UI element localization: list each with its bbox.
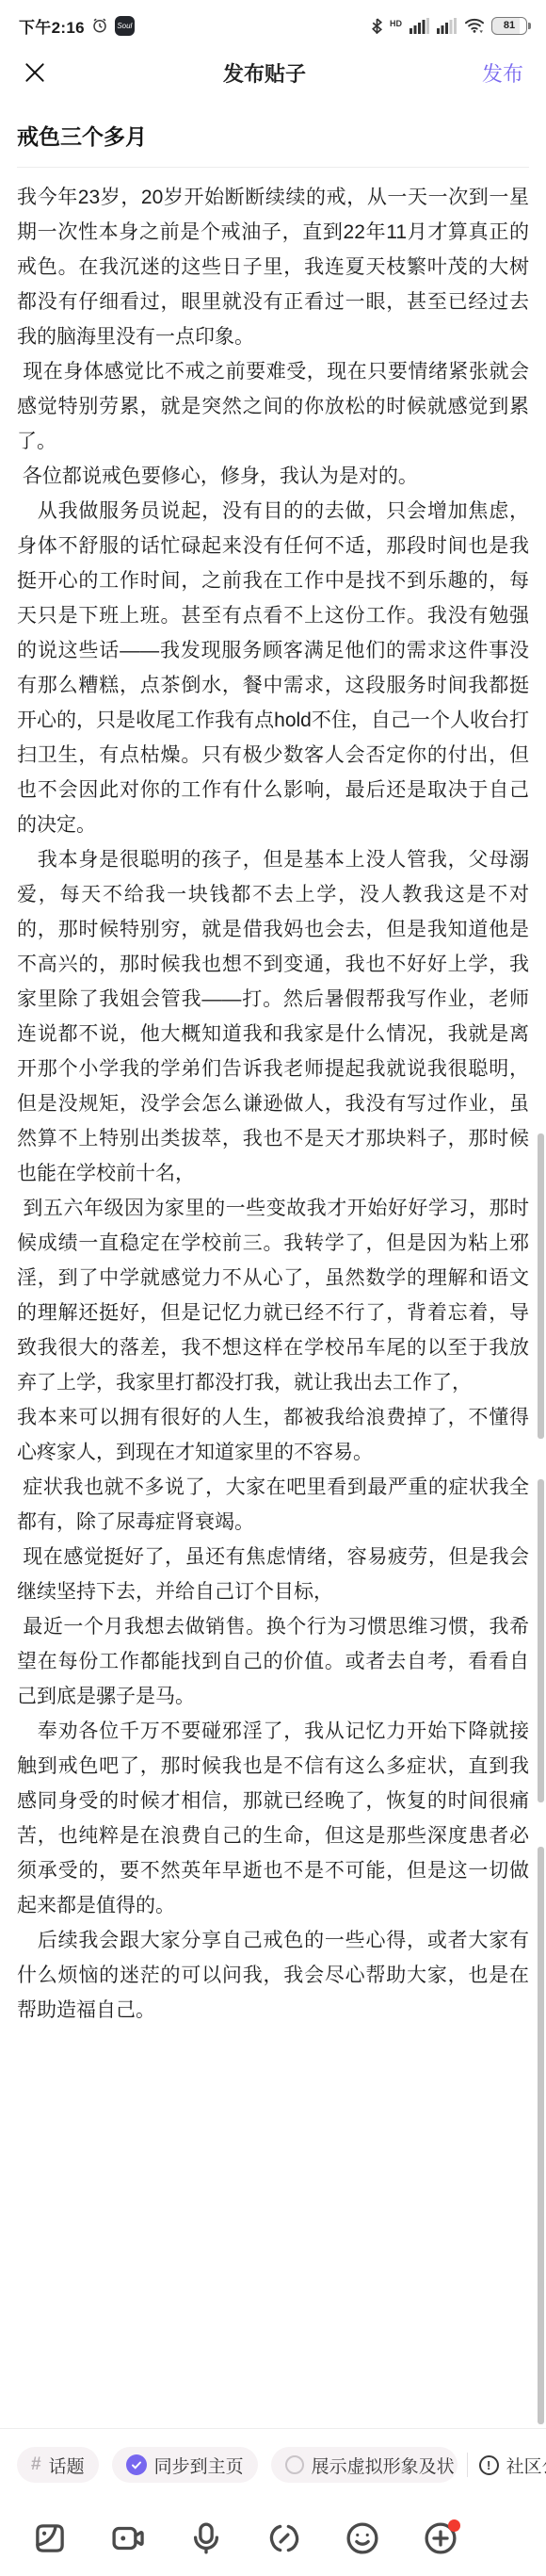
- publish-button[interactable]: 发布: [482, 58, 523, 88]
- option-pill-row: # 话题 同步到主页 展示虚拟形象及状 ! 社区公约: [0, 2429, 546, 2501]
- soul-app-icon: Soul: [115, 16, 135, 36]
- community-label: 社区公约: [506, 2453, 546, 2478]
- post-paragraph: 我今年23岁，20岁开始断断续续的戒，从一天一次到一星期一次性本身之前是个戒油子…: [17, 180, 529, 354]
- publish-post-screen: 下午2:16 Soul HD: [0, 0, 546, 2576]
- post-paragraph: 症状我也就不多说了，大家在吧里看到最严重的症状我全都有，除了尿毒症肾衰竭。: [17, 1470, 529, 1540]
- avatar-label: 展示虚拟形象及状: [312, 2453, 455, 2478]
- mic-icon[interactable]: [185, 2517, 228, 2560]
- image-icon[interactable]: [28, 2517, 72, 2560]
- signal-bars-sim1-icon: [409, 18, 430, 34]
- post-paragraph: 从我做服务员说起，没有目的的去做，只会增加焦虑，身体不舒服的话忙碌起来没有任何不…: [17, 494, 529, 842]
- post-paragraph: 到五六年级因为家里的一些变故我才开始好好学习，那时候成绩一直稳定在学校前三。我转…: [17, 1191, 529, 1400]
- post-paragraph: 最近一个月我想去做销售。换个行为习惯思维习惯，我希望在每份工作都能找到自己的价值…: [17, 1609, 529, 1714]
- unchecked-circle-icon: [285, 2455, 304, 2474]
- hashtag-icon: #: [31, 2454, 41, 2475]
- bottom-toolbar: # 话题 同步到主页 展示虚拟形象及状 ! 社区公约: [0, 2428, 546, 2576]
- nav-bar: 发布贴子 发布: [0, 45, 546, 100]
- post-paragraph: 奉劝各位千万不要碰邪淫了，我从记忆力开始下降就接触到戒色吧了，那时候我也是不信有…: [17, 1714, 529, 1923]
- emoji-icon[interactable]: [341, 2517, 384, 2560]
- post-paragraph: 我本身是很聪明的孩子，但是基本上没人管我，父母溺爱，每天不给我一块钱都不去上学，…: [17, 842, 529, 1191]
- scrollbar-thumb[interactable]: [538, 1479, 544, 1802]
- video-icon[interactable]: [106, 2517, 150, 2560]
- hd-indicator: HD: [390, 19, 402, 28]
- topic-label: 话题: [49, 2453, 85, 2478]
- wifi-icon: [464, 17, 485, 34]
- post-paragraph: 现在身体感觉比不戒之前要难受，现在只要情绪紧张就会感觉特别劳累，就是突然之间的你…: [17, 354, 529, 459]
- exclamation-circle-icon: !: [479, 2455, 499, 2475]
- post-paragraph: 各位都说戒色要修心，修身，我认为是对的。: [17, 459, 529, 494]
- post-paragraph: 我本来可以拥有很好的人生，都被我给浪费掉了，不懂得心疼家人，到现在才知道家里的不…: [17, 1400, 529, 1470]
- community-rules-link[interactable]: ! 社区公约: [479, 2453, 546, 2478]
- bluetooth-icon: [371, 18, 383, 34]
- post-paragraph: 后续我会跟大家分享自己戒色的一些心得，或者大家有什么烦恼的迷茫的可以问我，我会尽…: [17, 1923, 529, 2028]
- post-body-input[interactable]: 我今年23岁，20岁开始断断续续的戒，从一天一次到一星期一次性本身之前是个戒油子…: [0, 168, 546, 2028]
- close-icon[interactable]: [23, 60, 47, 85]
- media-icon-row: [0, 2501, 546, 2576]
- scrollbar-thumb[interactable]: [538, 1133, 544, 1439]
- page-title: 发布贴子: [223, 58, 306, 88]
- battery-indicator: 81: [491, 17, 527, 35]
- post-paragraph: 现在感觉挺好了，虽还有焦虑情绪，容易疲劳，但是我会继续坚持下去，并给自己订个目标…: [17, 1540, 529, 1609]
- sync-to-homepage-toggle[interactable]: 同步到主页: [112, 2447, 258, 2483]
- link-icon[interactable]: [263, 2517, 306, 2560]
- topic-button[interactable]: # 话题: [17, 2447, 99, 2483]
- sync-label: 同步到主页: [154, 2453, 244, 2478]
- plus-icon[interactable]: [419, 2517, 462, 2560]
- checked-circle-icon: [126, 2454, 147, 2475]
- notification-badge: [448, 2519, 460, 2532]
- vertical-divider: [467, 2453, 468, 2477]
- signal-bars-sim2-icon: [437, 18, 458, 34]
- show-avatar-toggle[interactable]: 展示虚拟形象及状: [271, 2447, 458, 2483]
- post-title-input[interactable]: 戒色三个多月: [17, 122, 529, 151]
- status-bar: 下午2:16 Soul HD: [0, 0, 546, 45]
- alarm-icon: [91, 17, 108, 34]
- scrollbar-thumb[interactable]: [538, 1847, 544, 2424]
- clock-time: 下午2:16: [19, 14, 85, 38]
